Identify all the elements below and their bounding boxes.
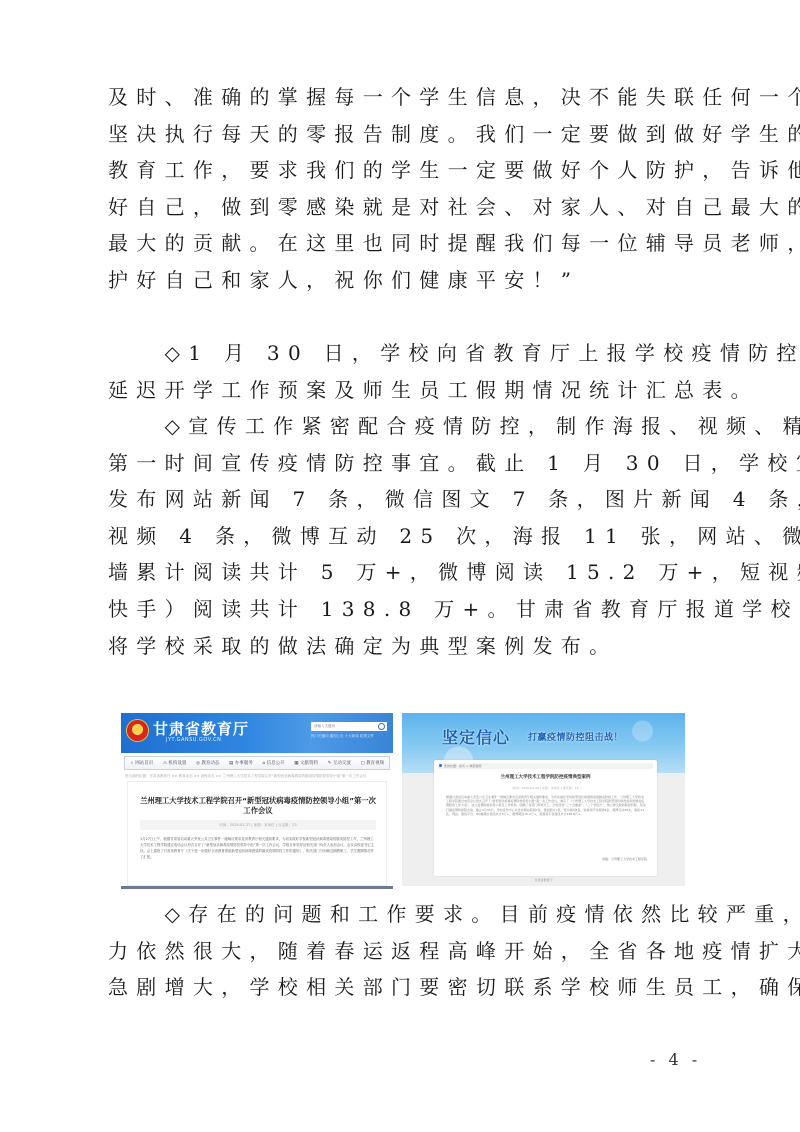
- text-line: 力依然很大，随着春运返程高峰开始，全省各地疫情扩大的风险: [108, 933, 700, 970]
- text-line: 护好自己和家人，祝你们健康平安！”: [108, 262, 700, 299]
- nav-item: ☆ 网站首页: [130, 760, 153, 766]
- site-domain: JYT.GANSU.GOV.CN: [166, 737, 221, 743]
- national-emblem-icon: [127, 720, 148, 741]
- site-title: 甘肃省教育厅: [153, 718, 249, 739]
- article-card: 您的位置：首页 > 典型案例 兰州理工大学技术工程学院防控疫情典型案例 时间：2…: [434, 760, 657, 876]
- location-icon: [439, 764, 442, 767]
- hot-words: 热门关键词 通知公告 十大新闻 政策文件: [311, 734, 387, 739]
- search-icon: [378, 723, 385, 730]
- screenshot-feature-page: 坚定信心 打赢疫情防控阻击战！ 您的位置：首页 > 典型案例 兰州理工大学技术工…: [402, 713, 685, 886]
- banner-title: 坚定信心: [442, 725, 510, 748]
- article-body: 1月27日上午，根据甘肃省启动重大突发公共卫生事件一级响应要求及省教育厅相关通知…: [140, 836, 376, 860]
- text-line: 延迟开学工作预案及师生员工假期情况统计汇总表。: [108, 372, 700, 409]
- article-meta: 时间：2020-01-27 | 来源：本单位 | 点击数：23: [140, 820, 376, 830]
- screenshot-gansu-education-site: 甘肃省教育厅 JYT.GANSU.GOV.CN 请输入关键词 热门关键词 通知公…: [121, 713, 393, 889]
- text-line: 墙累计阅读共计 5 万+，微博阅读 15.2 万+，短视频平台（抖音、: [108, 554, 700, 591]
- article-signature: 供稿：兰州理工大学技术工程学院: [602, 857, 647, 861]
- article-body: 根据甘肃省启动重大突发公共卫生事件一级响应要求及省教育厅相关通知要求，为切实做好…: [446, 795, 646, 816]
- breadcrumb: 您的位置：首页 > 典型案例: [438, 763, 653, 769]
- text-line: 最大的贡献。在这里也同时提醒我们每一位辅导员老师，也要保: [108, 225, 700, 262]
- article-meta: 时间：2020-01-30 | 来源：本单位 | 浏览数：12: [434, 786, 657, 790]
- text-line: 急剧增大，学校相关部门要密切联系学校师生员工，确保信息畅: [108, 969, 700, 1006]
- search-placeholder: 请输入关键词: [314, 724, 335, 728]
- breadcrumb-text: 您的位置：首页 > 典型案例: [444, 764, 481, 768]
- paragraph-jan30-report: ◇1 月 30 日，学校向省教育厅上报学校疫情防控应急预案、 延迟开学工作预案及…: [108, 335, 700, 408]
- nav-item: ◎ 教育动态: [196, 760, 219, 766]
- text-line: ◇存在的问题和工作要求。目前疫情依然比较严重，防控压: [108, 896, 700, 933]
- nav-item: ▤ 办事服务: [229, 760, 253, 766]
- text-line: 视频 4 条，微博互动 25 次，海报 11 张，网站、微信平台、QQ: [108, 518, 700, 555]
- text-line: 第一时间宣传疫情防控事宜。截止 1 月 30 日，学校宣传中心共: [108, 445, 700, 482]
- page-footer: 甘肃省教育厅: [402, 878, 685, 882]
- text-line: 发布网站新闻 7 条，微信图文 7 条，图片新闻 4 条，短视频平台: [108, 481, 700, 518]
- document-page: 及时、准确的掌握每一个学生信息，决不能失联任何一个学生， 坚决执行每天的零报告制…: [0, 0, 800, 1132]
- text-line: 坚决执行每天的零报告制度。我们一定要做到做好学生的宣传、: [108, 116, 700, 153]
- article-title: 兰州理工大学技术工程学院召开“新型冠状病毒疫情防控领导小组”第一次工作会议: [140, 796, 376, 816]
- text-line: 教育工作，要求我们的学生一定要做好个人防护，告诉他们保护: [108, 152, 700, 189]
- text-line: 好自己，做到零感染就是对社会、对家人、对自己最大的负责和: [108, 189, 700, 226]
- nav-item: ✎ 互动交流: [328, 760, 351, 766]
- site-header: 甘肃省教育厅 JYT.GANSU.GOV.CN 请输入关键词 热门关键词 通知公…: [121, 713, 393, 753]
- article-title: 兰州理工大学技术工程学院防控疫情典型案例: [434, 774, 657, 780]
- nav-item: ▦ 文献资料: [294, 760, 318, 766]
- paragraph-quote-continuation: 及时、准确的掌握每一个学生信息，决不能失联任何一个学生， 坚决执行每天的零报告制…: [108, 79, 700, 299]
- banner-slogan: 打赢疫情防控阻击战！: [528, 730, 623, 743]
- nav-item: ⚠ 机构设置: [163, 760, 186, 766]
- page-number: - 4 -: [650, 1050, 701, 1069]
- nav-item: ⌂ 信息公开: [262, 760, 284, 766]
- paragraph-publicity-work: ◇宣传工作紧密配合疫情防控，制作海报、视频、精彩图文， 第一时间宣传疫情防控事宜…: [108, 408, 700, 664]
- text-line: ◇宣传工作紧密配合疫情防控，制作海报、视频、精彩图文，: [108, 408, 700, 445]
- text-line: ◇1 月 30 日，学校向省教育厅上报学校疫情防控应急预案、: [108, 335, 700, 372]
- site-nav: ☆ 网站首页 ⚠ 机构设置 ◎ 教育动态 ▤ 办事服务 ⌂ 信息公开 ▦ 文献资…: [124, 756, 390, 770]
- search-input: 请输入关键词: [311, 722, 387, 731]
- breadcrumb: 您当前的位置：甘肃省教育厅 >> 教育动态 >> 高校动态 >> 兰州理工大学技…: [125, 774, 389, 779]
- text-line: 快手）阅读共计 138.8 万+。甘肃省教育厅报道学校防控情况且: [108, 591, 700, 628]
- nav-item: ▢ 教育视频: [360, 760, 384, 766]
- text-line: 将学校采取的做法确定为典型案例发布。: [108, 628, 700, 665]
- paragraph-problems-requirements: ◇存在的问题和工作要求。目前疫情依然比较严重，防控压 力依然很大，随着春运返程高…: [108, 896, 700, 1006]
- article-card: 兰州理工大学技术工程学院召开“新型冠状病毒疫情防控领导小组”第一次工作会议 时间…: [127, 781, 387, 886]
- text-line: 及时、准确的掌握每一个学生信息，决不能失联任何一个学生，: [108, 79, 700, 116]
